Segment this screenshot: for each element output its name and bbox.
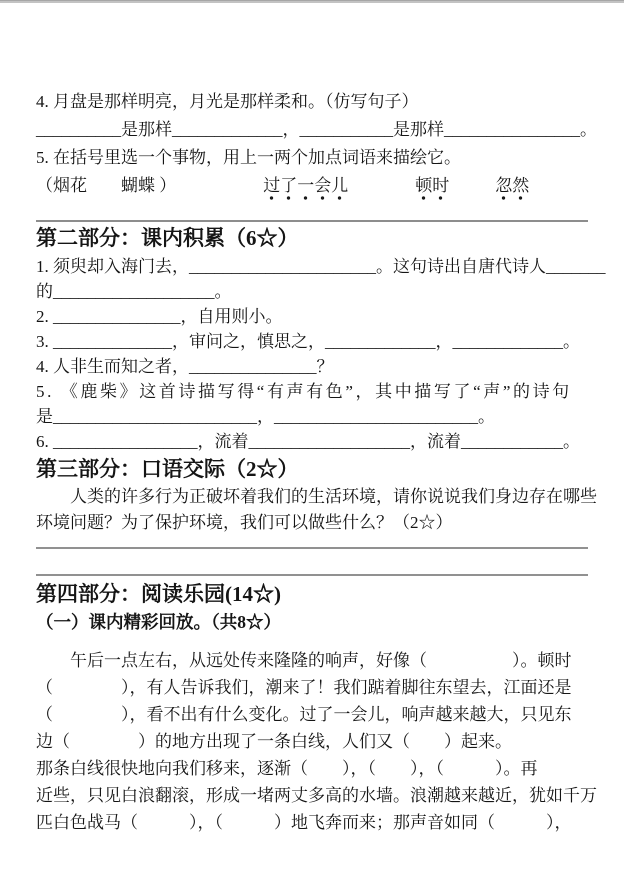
q4-prompt: 4. 月盘是那样明亮，月光是那样柔和。（仿写句子） xyxy=(36,88,588,116)
part3-question-line-1: 人类的许多行为正破坏着我们的生活环境，请你说说我们身边存在哪些 xyxy=(36,484,588,510)
q5-dotted-word-2: 顿时 xyxy=(415,176,449,201)
passage-line-3: （ ），看不出有什么变化。过了一会儿，响声越来越大，只见东 xyxy=(36,701,588,728)
q4-answer-blanks: __________是那样_____________，___________是那… xyxy=(36,116,588,144)
part2-item-5: 5. 《鹿柴》这首诗描写得“有声有色”，其中描写了“声”的诗句 xyxy=(36,379,588,404)
part3-question-line-2: 环境问题？为了保护环境，我们可以做些什么？（2☆） xyxy=(36,510,588,536)
q5-prompt: 5. 在括号里选一个事物，用上一两个加点词语来描绘它。 xyxy=(36,144,588,172)
passage-line-6: 近些，只见白浪翻滚，形成一堵两丈多高的水墙。浪潮越来越近，犹如千万 xyxy=(36,782,588,809)
q5-choices: （烟花 蝴蝶 ） xyxy=(36,176,176,195)
q5-options-line: （烟花 蝴蝶 ）过了一会儿顿时忽然 xyxy=(36,172,588,200)
passage-line-5: 那条白线很快地向我们移来，逐渐（ ），（ ），（ ）。再 xyxy=(36,755,588,782)
part3-heading: 第三部分：口语交际（2☆） xyxy=(36,454,588,484)
part2-item-3: 3. ______________，审问之，慎思之，_____________，… xyxy=(36,329,588,354)
part2-heading: 第二部分：课内积累（6☆） xyxy=(36,222,588,254)
passage-line-4: 边（ ）的地方出现了一条白线，人们又（ ）起来。 xyxy=(36,728,588,755)
q5-dotted-word-1: 过了一会儿 xyxy=(263,176,348,201)
part2-item-1: 1. 须臾却入海门去，______________________。这句诗出自唐… xyxy=(36,254,588,279)
passage-line-7: 匹白色战马（ ），（ ）地飞奔而来；那声音如同（ ）， xyxy=(36,809,588,836)
reading-passage: 午后一点左右，从远处传来隆隆的响声，好像（ ）。顿时 （ ），有人告诉我们，潮来… xyxy=(36,647,588,836)
passage-line-1: 午后一点左右，从远处传来隆隆的响声，好像（ ）。顿时 xyxy=(36,647,588,674)
worksheet-content: 4. 月盘是那样明亮，月光是那样柔和。（仿写句子） __________是那样_… xyxy=(36,3,588,836)
answer-line-1 xyxy=(36,547,588,549)
passage-line-2: （ ），有人告诉我们，潮来了！我们踮着脚往东望去，江面还是 xyxy=(36,674,588,701)
part2-item-4: 4. 人非生而知之者，_______________？ xyxy=(36,354,588,379)
worksheet-page: 4. 月盘是那样明亮，月光是那样柔和。（仿写句子） __________是那样_… xyxy=(0,0,624,836)
part2-item-2: 2. _______________，自用则小。 xyxy=(36,304,588,329)
part2-item-6: 6. _________________，流着_________________… xyxy=(36,429,588,454)
part2-item-5-continued: 是________________________，______________… xyxy=(36,404,588,429)
part2-item-1-continued: 的___________________。 xyxy=(36,279,588,304)
part4-heading: 第四部分：阅读乐园(14☆) xyxy=(36,580,588,609)
part4-subheading: （一）课内精彩回放。（共8☆） xyxy=(36,609,588,636)
q5-dotted-word-3: 忽然 xyxy=(495,176,529,201)
answer-line-2 xyxy=(36,574,588,576)
